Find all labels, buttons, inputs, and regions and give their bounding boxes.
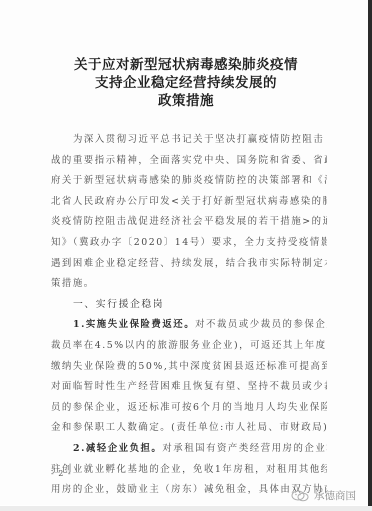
watermark-label: 承德商国 [314,488,356,503]
wechat-icon [291,490,309,502]
intro-line: 战的重要指示精神，全面落实党中央、国务院和省委、省政 [51,151,327,172]
watermark: 承德商国 [291,488,356,503]
section-heading: 一、实行援企稳岗 [51,295,327,316]
document-title: 关于应对新型冠状病毒感染肺炎疫情 支持企业稳定经营持续发展的 政策措施 [0,56,372,110]
right-border [368,0,372,511]
intro-line: 北省人民政府办公厅印发<关于打好新型冠状病毒感染的肺 [51,192,327,213]
item-1-first-line: 1.实施失业保险费返还。对不裁员或少裁员的参保企业(含 [51,315,327,336]
bottom-border [0,506,372,511]
document-body: 为深入贯彻习近平总书记关于坚决打赢疫情防控阻击 战的重要指示精神，全面落实党中央… [51,130,327,501]
item-2-lead: 2.减轻企业负担。 [73,443,162,454]
item-1-line: 缴纳失业保险费的50%,其中深度贫困县返还标准可提高到60%。 [51,357,327,378]
title-line-2: 支持企业稳定经营持续发展的 [0,74,372,92]
item-1-line: 金和参保职工人数确定。(责任单位:市人社局、市财政局) [51,418,327,439]
item-2-line: 用房的企业，鼓励业主（房东）减免租金，具体由双方协商确 [51,480,327,501]
item-1-text: 对不裁员或少裁员的参保企业(含 [195,319,327,330]
item-2-line: 驻创业就业孵化基地的企业，免收1年房租，对租用其他经营 [51,460,327,481]
intro-line: 炎疫情防控阻击战促进经济社会平稳发展的若干措施>的通 [51,212,327,233]
title-line-1: 关于应对新型冠状病毒感染肺炎疫情 [0,56,372,74]
item-1-lead: 1.实施失业保险费返还。 [73,319,195,330]
item-1-line: 员的参保企业，返还标准可按6个月的当地月人均失业保险 [51,398,327,419]
title-line-3: 政策措施 [0,92,372,110]
document-page: 关于应对新型冠状病毒感染肺炎疫情 支持企业稳定经营持续发展的 政策措施 为深入贯… [0,0,368,505]
intro-line: 策措施。 [51,274,327,295]
intro-line: 知》（冀政办字〔2020〕14号）要求，全力支持受疫情影响 [51,233,327,254]
item-2-first-line: 2.减轻企业负担。对承租国有资产类经营用房的企业和入 [51,439,327,460]
intro-line: 遇到困难企业稳定经营、持续发展，结合我市实际特制定本政 [51,254,327,275]
item-1-line: 裁员率在4.5%以内的旅游服务业企业)，可返还其上年度实际 [51,336,327,357]
item-2-text: 对承租国有资产类经营用房的企业和入 [162,443,327,454]
item-1-line: 对面临暂时性生产经营困难且恢复有望、坚持不裁员或少裁 [51,377,327,398]
intro-line: 为深入贯彻习近平总书记关于坚决打赢疫情防控阻击 [51,130,327,151]
intro-line: 府关于新型冠状病毒感染的肺炎疫情防控的决策部署和《河 [51,171,327,192]
page-number: - 2 - [51,469,72,478]
